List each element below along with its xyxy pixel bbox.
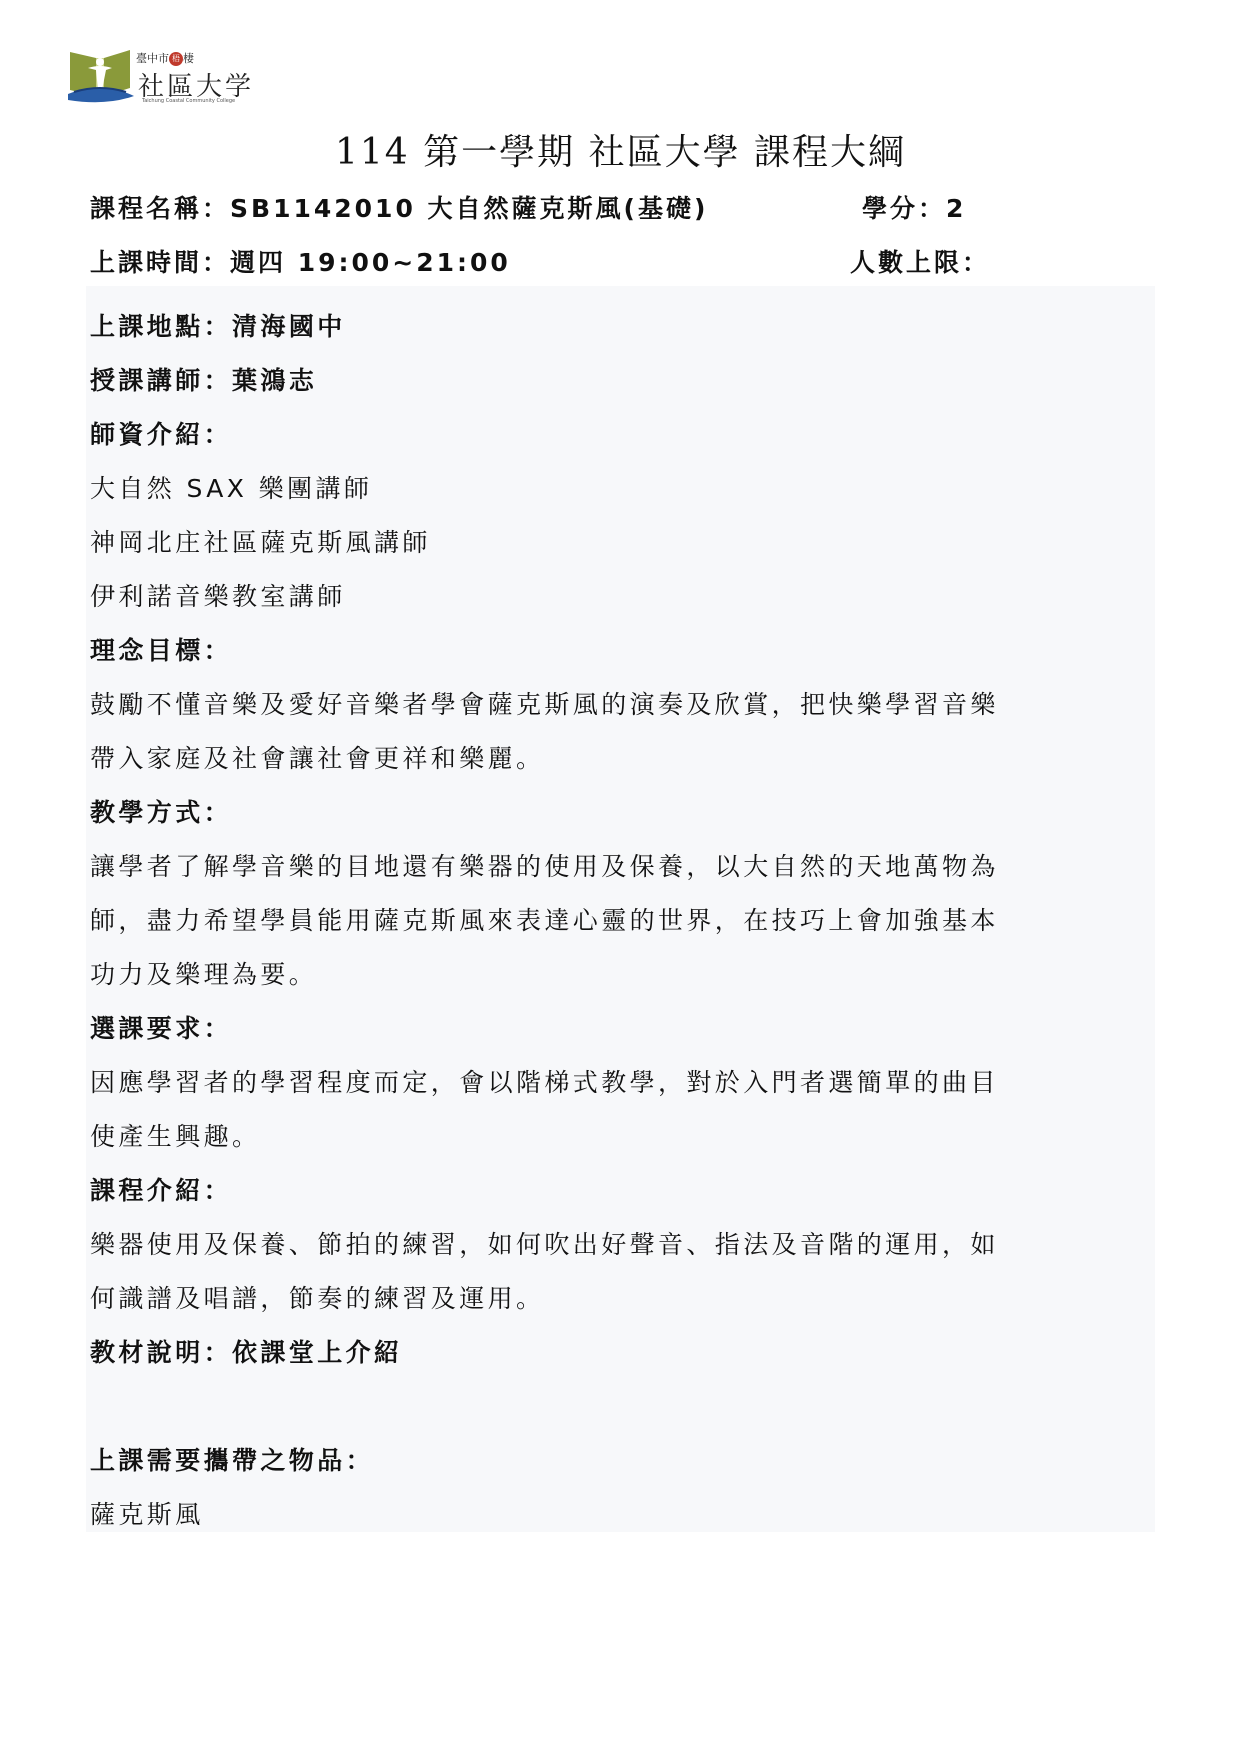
book-figure-icon: [66, 44, 136, 106]
method-line: 讓學者了解學音樂的目地還有樂器的使用及保養，以大自然的天地萬物為: [90, 840, 1150, 894]
requirement-line: 使產生興趣。: [90, 1110, 1150, 1164]
syllabus-content: 上課地點：清海國中 授課講師：葉鴻志 師資介紹： 大自然 SAX 樂團講師 神岡…: [90, 300, 1150, 1542]
intro-line: 樂器使用及保養、節拍的練習，如何吹出好聲音、指法及音階的運用，如: [90, 1218, 1150, 1272]
credits-label: 學分：: [862, 194, 946, 223]
bio-heading: 師資介紹：: [90, 408, 1150, 462]
goal-heading: 理念目標：: [90, 624, 1150, 678]
course-time-value: 週四 19:00~21:00: [230, 248, 511, 277]
items-heading: 上課需要攜帶之物品：: [90, 1434, 1150, 1488]
course-time-label: 上課時間：: [90, 248, 230, 277]
spacer: [90, 1380, 1150, 1434]
bio-line: 大自然 SAX 樂團講師: [90, 462, 1150, 516]
logo-sub-text: Taichung Coastal Community College: [142, 98, 235, 104]
capacity-row: 人數上限：: [850, 245, 990, 281]
capacity-label: 人數上限：: [850, 248, 990, 277]
bio-line: 神岡北庄社區薩克斯風講師: [90, 516, 1150, 570]
course-name-value: SB1142010 大自然薩克斯風(基礎): [230, 194, 708, 223]
location-label: 上課地點：: [90, 312, 232, 341]
intro-heading: 課程介紹：: [90, 1164, 1150, 1218]
goal-line: 鼓勵不懂音樂及愛好音樂者學會薩克斯風的演奏及欣賞，把快樂學習音樂: [90, 678, 1150, 732]
instructor-value: 葉鴻志: [232, 366, 317, 395]
items-line: 薩克斯風: [90, 1488, 1150, 1542]
materials-heading: 教材說明：依課堂上介紹: [90, 1326, 1150, 1380]
location-row: 上課地點：清海國中: [90, 300, 1150, 354]
instructor-row: 授課講師：葉鴻志: [90, 354, 1150, 408]
method-line: 師，盡力希望學員能用薩克斯風來表達心靈的世界，在技巧上會加強基本: [90, 894, 1150, 948]
college-logo: 臺中市梧棲 社區大学 Taichung Coastal Community Co…: [66, 44, 266, 110]
requirement-line: 因應學習者的學習程度而定，會以階梯式教學，對於入門者選簡單的曲目: [90, 1056, 1150, 1110]
course-time-row: 上課時間：週四 19:00~21:00: [90, 245, 511, 281]
bio-line: 伊利諾音樂教室講師: [90, 570, 1150, 624]
method-line: 功力及樂理為要。: [90, 948, 1150, 1002]
method-heading: 教學方式：: [90, 786, 1150, 840]
location-value: 清海國中: [232, 312, 346, 341]
credits-value: 2: [946, 194, 966, 223]
logo-city-text: 臺中市梧棲: [136, 50, 194, 66]
instructor-label: 授課講師：: [90, 366, 232, 395]
requirement-heading: 選課要求：: [90, 1002, 1150, 1056]
credits-row: 學分：2: [862, 191, 966, 227]
page-title: 114 第一學期 社區大學 課程大綱: [0, 124, 1241, 175]
course-name-row: 課程名稱：SB1142010 大自然薩克斯風(基礎): [90, 191, 708, 227]
goal-line: 帶入家庭及社會讓社會更祥和樂麗。: [90, 732, 1150, 786]
intro-line: 何識譜及唱譜，節奏的練習及運用。: [90, 1272, 1150, 1326]
course-name-label: 課程名稱：: [90, 194, 230, 223]
